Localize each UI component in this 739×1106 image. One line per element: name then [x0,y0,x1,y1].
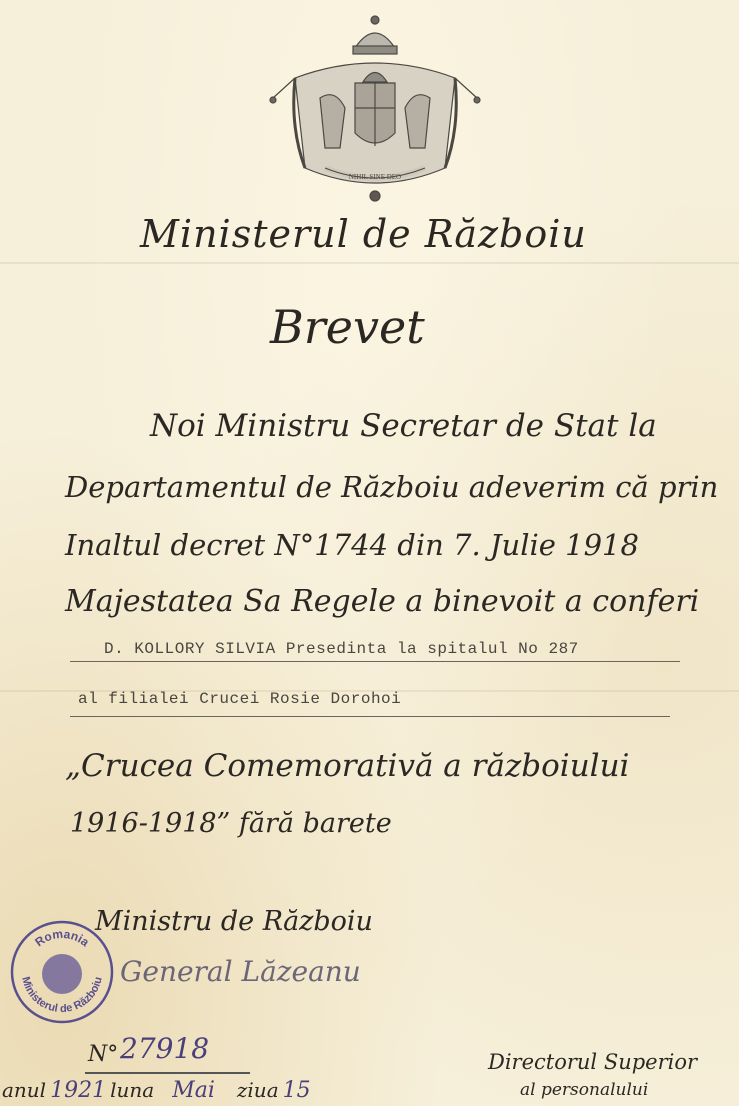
svg-text:NIHIL SINE DEO: NIHIL SINE DEO [349,173,401,181]
number-label: N° [88,1042,118,1067]
underline [70,661,680,662]
svg-text:Romania: Romania [32,927,92,950]
signature-title: Ministru de Războiu [95,906,373,937]
day-label: ziua [237,1078,279,1102]
recipient-line-1: D. KOLLORY SILVIA Presedinta la spitalul… [104,640,579,658]
year-label: anul [2,1078,46,1102]
award-line-2: 1916-1918” fără barete [70,808,392,839]
month-value: Mai [172,1078,215,1103]
royal-coat-of-arms-icon: NIHIL SINE DEO [265,8,485,208]
stamp-seal-icon: Romania Ministerul de Războiu [8,918,116,1026]
number-underline [85,1072,250,1074]
body-line-4: Majestatea Sa Regele a binevoit a confer… [65,584,699,619]
underline [70,716,670,717]
month-label: luna [110,1078,154,1102]
day-value: 15 [283,1078,311,1103]
coat-of-arms: NIHIL SINE DEO [265,8,485,208]
signature: General Lăzeanu [120,955,361,988]
body-line-3: Inaltul decret N°1744 din 7. Julie 1918 [65,528,639,562]
paper-fold [0,262,739,264]
ministry-heading: Ministerul de Războiu [140,212,587,256]
director-subtitle: al personalului [520,1080,648,1100]
year-value: 1921 [50,1078,106,1103]
date-line: anul 1921 luna Mai ziua 15 [2,1078,311,1103]
award-line-1: „Crucea Comemorativă a războiului [65,748,629,784]
recipient-line-2: al filialei Crucei Rosie Dorohoi [78,690,401,708]
document-title: Brevet [270,300,425,354]
ministry-stamp: Romania Ministerul de Războiu [8,918,116,1026]
body-line-2: Departamentul de Războiu adeverim că pri… [65,470,718,504]
body-line-1: Noi Ministru Secretar de Stat la [150,408,657,444]
register-number: 27918 [120,1032,209,1065]
director-title: Directorul Superior [488,1050,697,1074]
